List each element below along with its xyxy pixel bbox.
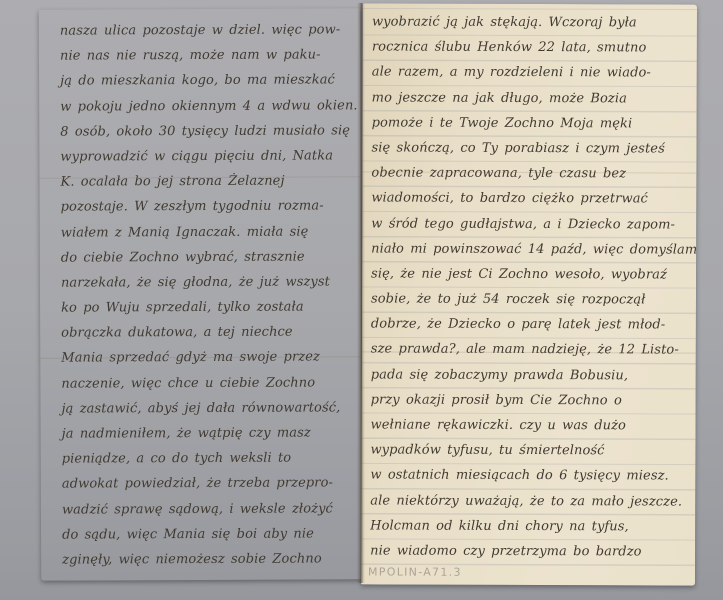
handwritten-line: ale razem, a my rozdzieleni i nie wiado- bbox=[372, 60, 695, 86]
handwritten-line: zginęły, więc niemożesz sobie Zochno bbox=[62, 546, 359, 572]
handwritten-line: mo jeszcze na jak długo, może Bozia bbox=[372, 85, 695, 111]
letter-scan: nasza ulica pozostaje w dziel. więc pow-… bbox=[0, 0, 723, 600]
handwritten-line: narzekała, że się głodna, że już wszyst bbox=[61, 269, 358, 295]
handwritten-line: wypadków tyfusu, tu śmiertelność bbox=[370, 438, 693, 464]
handwritten-line: sobie, że to już 54 roczek się rozpoczął bbox=[371, 287, 694, 313]
handwritten-line: wyprowadzić w ciągu pięciu dni, Natka bbox=[60, 143, 357, 169]
center-fold-seam bbox=[357, 3, 365, 583]
handwritten-line: w śród tego gudłajstwa, a i Dziecko zapo… bbox=[371, 211, 694, 237]
handwritten-line: ja nadmieniłem, że wątpię czy masz bbox=[62, 420, 359, 446]
handwritten-line: adwokat powiedział, że trzeba przepro- bbox=[62, 471, 359, 497]
handwritten-line: się, że nie jest Ci Zochno wesoło, wyobr… bbox=[371, 261, 694, 287]
handwritten-line: wyobrazić ją jak stękają. Wczoraj była bbox=[372, 9, 695, 35]
handwritten-line: Mania sprzedać gdyż ma swoje przez bbox=[61, 345, 358, 371]
handwritten-line: nie wiadomo czy przetrzyma bo bardzo bbox=[370, 538, 693, 564]
handwritten-line: pada się zobaczymy prawda Bobusiu, bbox=[371, 362, 694, 388]
handwritten-line: niało mi powinszować 14 paźd, więc domyś… bbox=[371, 236, 694, 262]
handwritten-line: nasza ulica pozostaje w dziel. więc pow- bbox=[60, 17, 357, 43]
handwritten-line: pozostaje. W zeszłym tygodniu rozma- bbox=[61, 194, 358, 220]
handwritten-line: w pokoju jedno okiennym 4 a wdwu okien. bbox=[60, 93, 357, 119]
letter-page-left: nasza ulica pozostaje w dziel. więc pow-… bbox=[39, 8, 362, 580]
handwritten-line: nie nas nie ruszą, może nam w paku- bbox=[60, 43, 357, 69]
handwritten-line: wełniane rękawiczki. czy u was dużo bbox=[370, 412, 693, 438]
handwritten-line: ale niektórzy uważają, że to za mało jes… bbox=[370, 488, 693, 514]
handwritten-line: ją do mieszkania kogo, bo ma mieszkać bbox=[60, 68, 357, 94]
handwritten-line: do sądu, więc Mania się boi aby nie bbox=[62, 521, 359, 547]
handwritten-line: pieniądze, a co do tych weksli to bbox=[62, 445, 359, 471]
handwritten-line: w ostatnich miesiącach do 6 tysięcy mies… bbox=[370, 463, 693, 489]
handwritten-line: dobrze, że Dziecko o parę latek jest mło… bbox=[371, 312, 694, 338]
handwritten-line: naczenie, więc chce u ciebie Zochno bbox=[61, 370, 358, 396]
handwritten-line: do ciebie Zochno wybrać, strasznie bbox=[61, 244, 358, 270]
handwritten-line: obrączka dukatowa, a tej niechce bbox=[61, 320, 358, 346]
handwritten-line: 8 osób, około 30 tysięcy ludzi musiało s… bbox=[60, 118, 357, 144]
handwritten-line: Holcman od kilku dni chory na tyfus, bbox=[370, 513, 693, 539]
handwritten-line: sze prawda?, ale mam nadzieję, że 12 Lis… bbox=[371, 337, 694, 363]
handwritten-line: rocznica ślubu Henków 22 lata, smutno bbox=[372, 35, 695, 61]
handwritten-line: ko po Wuju sprzedali, tylko została bbox=[61, 294, 358, 320]
letter-page-right: wyobrazić ją jak stękają. Wczoraj byłaro… bbox=[361, 3, 697, 585]
handwritten-line: ją zastawić, abyś jej dała równowartość, bbox=[61, 395, 358, 421]
right-page-text: wyobrazić ją jak stękają. Wczoraj byłaro… bbox=[370, 9, 695, 564]
handwritten-line: pomoże i te Twoje Zochno Moja męki bbox=[372, 110, 695, 136]
handwritten-line: wiadomości, to bardzo ciężko przetrwać bbox=[371, 186, 694, 212]
left-page-text: nasza ulica pozostaje w dziel. więc pow-… bbox=[60, 17, 359, 572]
handwritten-line: się skończą, co Ty porabiasz i czym jest… bbox=[371, 135, 694, 161]
archive-reference-number: MPOLIN-A71.3 bbox=[368, 565, 462, 578]
handwritten-line: wadzić sprawę sądową, i weksle złożyć bbox=[62, 496, 359, 522]
handwritten-line: wiałem z Manią Ignaczak. miała się bbox=[61, 219, 358, 245]
handwritten-line: obecnie zapracowana, tyle czasu bez bbox=[371, 161, 694, 187]
handwritten-line: K. ocalała bo jej strona Żelaznej bbox=[60, 168, 357, 194]
handwritten-line: przy okazji prosił bym Cie Zochno o bbox=[371, 387, 694, 413]
